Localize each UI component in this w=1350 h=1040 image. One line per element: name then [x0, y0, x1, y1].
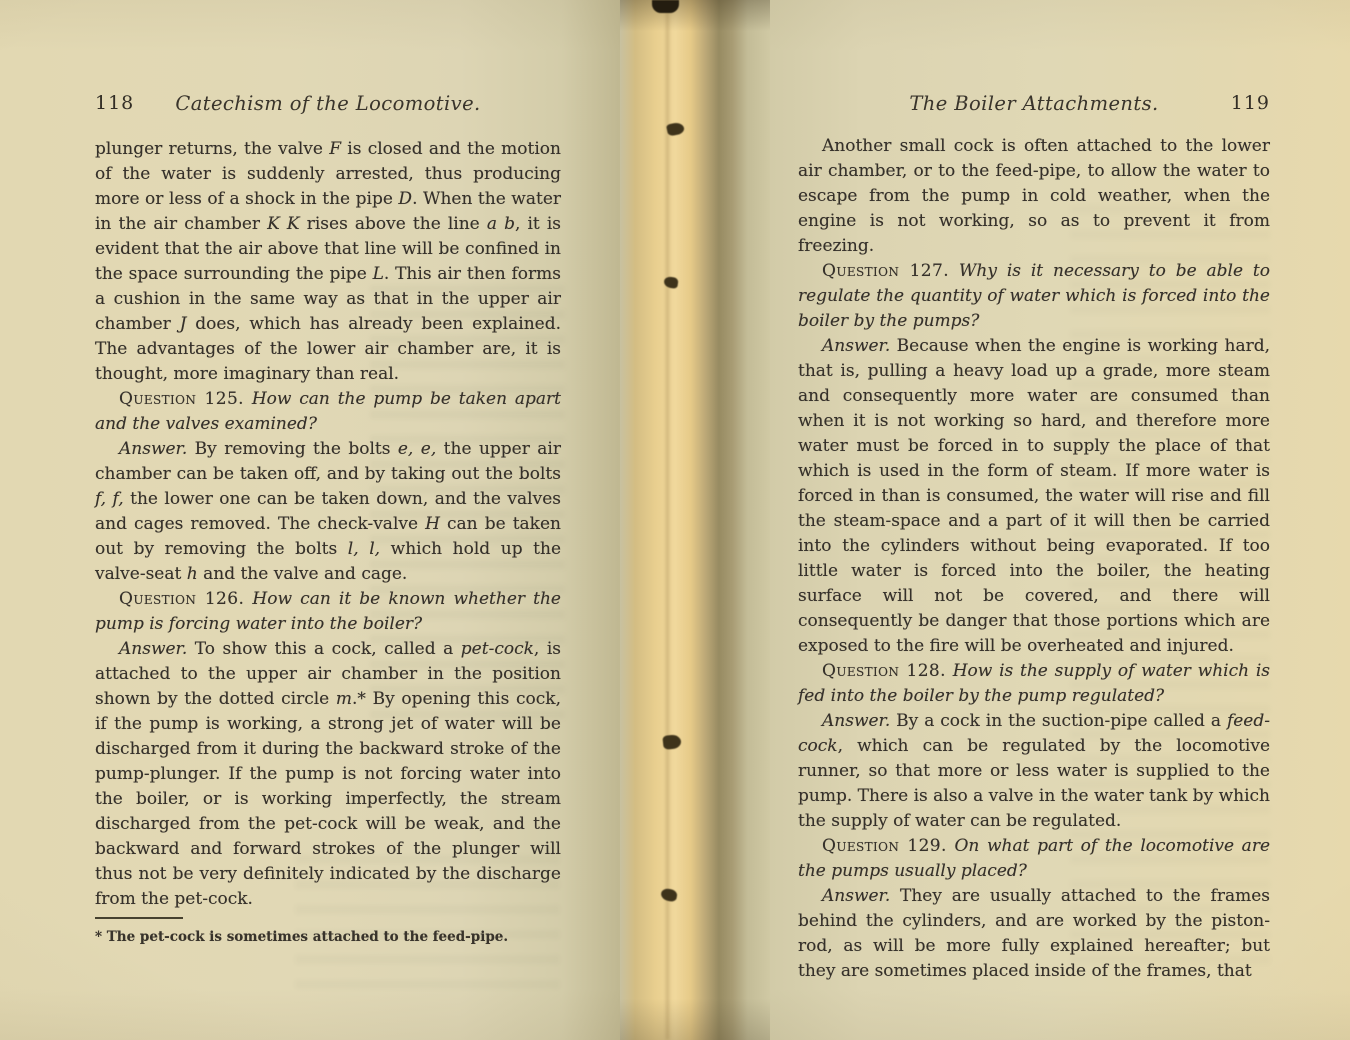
running-head-left: 118 Catechism of the Locomotive.	[95, 92, 561, 122]
footnote-text: * The pet-cock is sometimes attached to …	[95, 928, 561, 946]
page-number-left: 118	[95, 92, 134, 114]
question-paragraph: Question 129. On what part of the locomo…	[798, 834, 1270, 884]
question-paragraph: Question 125. How can the pump be taken …	[95, 387, 561, 437]
body-paragraph: Another small cock is often attached to …	[798, 134, 1270, 259]
question-paragraph: Question 126. How can it be known whethe…	[95, 587, 561, 637]
body-paragraph: plunger returns, the valve F is closed a…	[95, 137, 561, 387]
answer-paragraph: Answer. Because when the engine is worki…	[798, 334, 1270, 659]
running-title-left: Catechism of the Locomotive.	[95, 92, 561, 115]
running-head-right: The Boiler Attachments. 119	[798, 92, 1270, 122]
answer-paragraph: Answer. They are usually attached to the…	[798, 884, 1270, 984]
left-page-text: plunger returns, the valve F is closed a…	[95, 137, 561, 912]
book-spread-photo: 118 Catechism of the Locomotive. The Boi…	[0, 0, 1350, 1040]
question-paragraph: Question 128. How is the supply of water…	[798, 659, 1270, 709]
running-title-right: The Boiler Attachments.	[798, 92, 1270, 115]
answer-paragraph: Answer. By a cock in the suction-pipe ca…	[798, 709, 1270, 834]
answer-paragraph: Answer. By removing the bolts e, e, the …	[95, 437, 561, 587]
question-paragraph: Question 127. Why is it necessary to be …	[798, 259, 1270, 334]
footnote-rule	[95, 917, 183, 919]
answer-paragraph: Answer. To show this a cock, called a pe…	[95, 637, 561, 912]
binding-notch	[652, 0, 679, 13]
book-gutter	[620, 0, 770, 1040]
page-number-right: 119	[1231, 92, 1270, 114]
right-page-text: Another small cock is often attached to …	[798, 134, 1270, 984]
gutter-crease	[666, 0, 669, 1040]
